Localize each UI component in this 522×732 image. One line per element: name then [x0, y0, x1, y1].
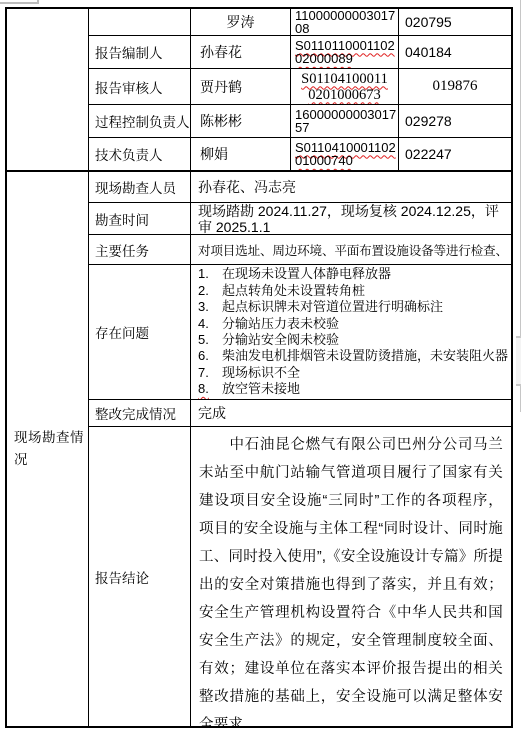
field-value-cell[interactable]: 孙春花、冯志亮: [191, 172, 511, 202]
person-name: 贾丹鹤: [200, 77, 242, 97]
report-table: 罗涛 11000000003017 08 020795 报告编制人 孙春花: [5, 7, 513, 728]
table-row-survey-time: 勘查时间 现场踏勘 2024.11.27，现场复核 2024.12.25，评审 …: [89, 203, 511, 235]
table-row-tech-lead: 技术负责人 柳娟 S0110410001102 01000740 022247: [89, 138, 511, 170]
person-name: 陈彬彬: [200, 111, 242, 131]
cert-number: S0110110001102 02000089: [295, 39, 398, 66]
field-value-cell[interactable]: 完成: [191, 400, 511, 426]
role-label: 报告审核人: [95, 77, 163, 97]
field-value-cell[interactable]: 现场踏勘 2024.11.27，现场复核 2024.12.25，评审 2025.…: [191, 203, 511, 234]
corner-mark-horizontal: [0, 2, 38, 4]
person-name-cell[interactable]: 陈彬彬: [191, 105, 291, 137]
badge-number-cell[interactable]: 029278: [399, 105, 511, 137]
document-page: 罗涛 11000000003017 08 020795 报告编制人 孙春花: [0, 0, 522, 732]
field-value-cell[interactable]: 对项目选址、周边环境、平面布置设施设备等进行检查、: [191, 235, 511, 264]
field-label-cell[interactable]: 整改完成情况: [89, 400, 191, 426]
list-item: 7.现场标识不全: [198, 365, 511, 381]
list-item: 4.分输站压力表未校验: [198, 316, 511, 332]
field-value: 孙春花、冯志亮: [198, 177, 296, 197]
badge-number: 019876: [433, 78, 478, 95]
table-row-signer: 罗涛 11000000003017 08 020795: [89, 9, 511, 36]
field-label: 报告结论: [95, 567, 149, 587]
cert-number-cell[interactable]: S0110410001102 01000740: [291, 138, 399, 170]
field-label: 主要任务: [95, 240, 149, 260]
cert-number-cell[interactable]: S0110110001102 02000089: [291, 36, 399, 68]
list-item: 8.放空管未接地: [198, 381, 511, 397]
person-name-cell[interactable]: 贾丹鹤: [191, 69, 291, 104]
role-label: 过程控制负责人: [95, 111, 190, 131]
table-row-main-task: 主要任务 对项目选址、周边环境、平面布置设施设备等进行检查、: [89, 235, 511, 265]
table-row-process-control: 过程控制负责人 陈彬彬 16000000003017 57 029278: [89, 105, 511, 138]
cert-number: 11000000003017 08: [295, 9, 398, 35]
field-label-cell[interactable]: 勘查时间: [89, 203, 191, 234]
role-label-cell[interactable]: [89, 9, 191, 35]
section-title: 现场勘查情况: [14, 427, 86, 471]
list-item: 2.起点转角处未设置转角桩: [198, 283, 511, 299]
field-label-cell[interactable]: 报告结论: [89, 427, 191, 726]
list-item: 5.分输站安全阀未校验: [198, 332, 511, 348]
list-item: 1.在现场未设置人体静电释放器: [198, 266, 511, 282]
person-name-cell[interactable]: 孙春花: [191, 36, 291, 68]
field-value: 现场踏勘 2024.11.27，现场复核 2024.12.25，评审 2025.…: [198, 203, 507, 234]
badge-number: 022247: [405, 146, 452, 162]
field-label: 存在问题: [95, 322, 149, 342]
badge-number-cell[interactable]: 022247: [399, 138, 511, 170]
person-name: 孙春花: [200, 42, 242, 62]
badge-number: 020795: [405, 14, 452, 30]
field-value: 完成: [198, 403, 226, 423]
cert-number: S0110410001102 01000740: [295, 141, 398, 168]
field-value: 对项目选址、周边环境、平面布置设施设备等进行检查、: [198, 240, 508, 259]
table-row-conclusion: 报告结论 中石油昆仑燃气有限公司巴州分公司马兰末站至中航门站输气管道项目履行了国…: [89, 427, 511, 726]
badge-number: 029278: [405, 113, 452, 129]
conclusion-paragraph: 中石油昆仑燃气有限公司巴州分公司马兰末站至中航门站输气管道项目履行了国家有关建设…: [199, 431, 503, 726]
badge-number-cell[interactable]: 020795: [399, 9, 511, 35]
corner-mark-vertical: [37, 0, 39, 4]
person-name-cell[interactable]: 柳娟: [191, 138, 291, 170]
cert-number-cell[interactable]: 16000000003017 57: [291, 105, 399, 137]
cert-number-cell[interactable]: S01104100011 0201000673: [291, 69, 399, 104]
field-label: 勘查时间: [95, 209, 149, 229]
badge-number-cell[interactable]: 019876: [399, 69, 511, 104]
table-row-rectification: 整改完成情况 完成: [89, 400, 511, 427]
badge-number: 040184: [405, 44, 452, 60]
role-label-cell[interactable]: 过程控制负责人: [89, 105, 191, 137]
table-row-issues: 存在问题 1.在现场未设置人体静电释放器 2.起点转角处未设置转角桩 3.起点标…: [89, 265, 511, 400]
cert-number: 16000000003017 57: [295, 108, 398, 135]
list-item: 3.起点标识牌未对管道位置进行明确标注: [198, 299, 511, 315]
role-label: 技术负责人: [95, 144, 163, 164]
table-row-surveyors: 现场勘查人员 孙春花、冯志亮: [89, 172, 511, 203]
field-value-cell[interactable]: 1.在现场未设置人体静电释放器 2.起点转角处未设置转角桩 3.起点标识牌未对管…: [191, 265, 511, 399]
table-row-compiler: 报告编制人 孙春花 S0110110001102 02000089 040184: [89, 36, 511, 69]
field-label-cell[interactable]: 存在问题: [89, 265, 191, 399]
personnel-section: 罗涛 11000000003017 08 020795 报告编制人 孙春花: [7, 9, 511, 172]
issues-list: 1.在现场未设置人体静电释放器 2.起点转角处未设置转角桩 3.起点标识牌未对管…: [191, 266, 511, 397]
field-value-cell[interactable]: 中石油昆仑燃气有限公司巴州分公司马兰末站至中航门站输气管道项目履行了国家有关建设…: [191, 427, 511, 726]
site-survey-section: 现场勘查情况 现场勘查人员 孙春花、冯志亮 勘查时间 现场踏勘 2024.11.…: [7, 172, 511, 726]
personnel-section-header-cell[interactable]: [7, 9, 89, 170]
role-label-cell[interactable]: 报告编制人: [89, 36, 191, 68]
site-survey-section-header-cell[interactable]: 现场勘查情况: [7, 172, 89, 726]
role-label-cell[interactable]: 报告审核人: [89, 69, 191, 104]
field-label-cell[interactable]: 主要任务: [89, 235, 191, 264]
person-name: 罗涛: [227, 12, 255, 32]
person-name-cell[interactable]: 罗涛: [191, 9, 291, 35]
person-name: 柳娟: [200, 144, 228, 164]
role-label: 报告编制人: [95, 42, 163, 62]
table-row-reviewer: 报告审核人 贾丹鹤 S01104100011 0201000673 019876: [89, 69, 511, 105]
scrollbar-thumb[interactable]: [516, 336, 521, 386]
list-item: 6.柴油发电机排烟管未设置防烫措施，未安装阻火器: [198, 348, 511, 364]
cert-number-cell[interactable]: 11000000003017 08: [291, 9, 399, 35]
role-label-cell[interactable]: 技术负责人: [89, 138, 191, 170]
field-label: 现场勘查人员: [95, 177, 176, 197]
cert-number: S01104100011 0201000673: [291, 71, 398, 103]
badge-number-cell[interactable]: 040184: [399, 36, 511, 68]
field-label-cell[interactable]: 现场勘查人员: [89, 172, 191, 202]
field-label: 整改完成情况: [95, 403, 176, 423]
